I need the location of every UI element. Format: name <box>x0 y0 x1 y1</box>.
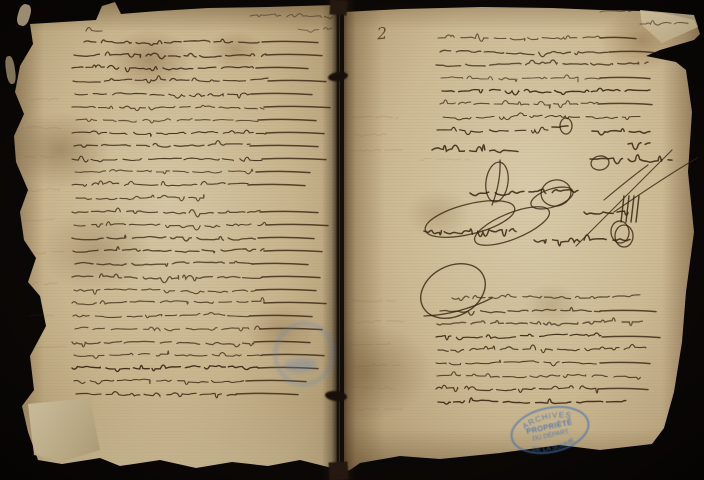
faint-stamp-ink-blob <box>282 357 317 373</box>
paper-sliver-left-edge <box>4 56 17 85</box>
archives-property-stamp: ARCHIVES PROPRIÉTÉ DU DÉPART. DE LA SOMM… <box>502 398 598 462</box>
paper-sliver-top-left <box>15 3 33 27</box>
manuscript-scan: 2 ARCHIVES PROPRIÉTÉ DU DÉPART. DE LA SO… <box>0 0 704 480</box>
spine-tab-top <box>329 0 347 16</box>
spine-tab-bottom <box>329 462 349 480</box>
page-number: 2 <box>376 24 388 44</box>
